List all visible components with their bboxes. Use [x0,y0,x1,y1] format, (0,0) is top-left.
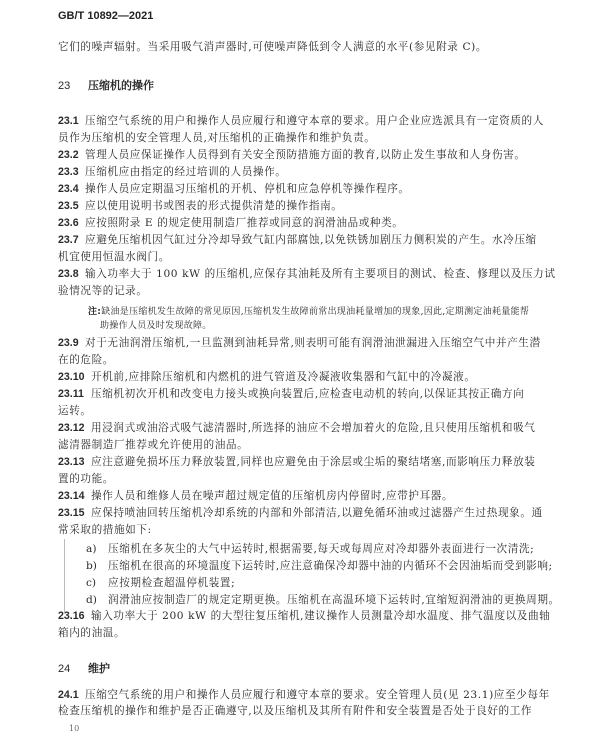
item-text: 压缩机在很高的环境温度下运转时,应注意确保冷却器中油的内循环不会因油垢而受到影响… [108,560,553,572]
clause-23-16: 23.16输入功率大于 200 kW 的大型往复压缩机,建议操作人员测量冷却水温… [58,609,550,623]
clause-text: 管理人员应保证操作人员得到有关安全预防措施方面的教育,以防止发生事故和人身伤害。 [85,149,526,161]
clause-23-15: 23.15应保持喷油回转压缩机冷却系统的内部和外部清洁,以避免循环油或过滤器产生… [58,506,543,520]
item-text: 压缩机在多灰尘的大气中运转时,根据需要,每天或每周应对冷却器外表面进行一次清洗; [108,543,534,555]
clause-number: 23.6 [58,216,85,230]
item-text: 应按期检查超温停机装置; [108,577,235,589]
clause-23-1: 23.1压缩空气系统的用户和操作人员应履行和遵守本章的要求。用户企业应选派具有一… [58,114,544,128]
clause-text: 压缩空气系统的用户和操作人员应履行和遵守本章的要求。用户企业应选派具有一定资质的… [85,115,544,127]
clause-23-3: 23.3压缩机应由指定的经过培训的人员操作。 [58,165,287,179]
clause-24-1-cont: 检查压缩机的操作和维护是否正确遵守,以及压缩机及其所有附件和安全装置是否处于良好… [58,704,532,718]
clause-text: 开机前,应排除压缩机和内燃机的进气管道及冷凝液收集器和气缸中的冷凝液。 [91,371,476,383]
clause-23-6: 23.6应按照附录 E 的规定使用制造厂推荐或同意的润滑油品或种类。 [58,216,404,230]
list-item-b: b)压缩机在很高的环境温度下运转时,应注意确保冷却器中油的内循环不会因油垢而受到… [86,558,553,573]
clause-23-8-cont: 验情况等的记录。 [58,284,148,298]
clause-number: 23.11 [58,387,91,401]
clause-text: 输入功率大于 100 kW 的压缩机,应保存其油耗及所有主要项目的测试、检查、修… [85,268,556,280]
note-cont: 助操作人员及时发现故障。 [100,318,212,331]
clause-number: 23.5 [58,199,85,213]
item-label: c) [86,577,108,589]
section-title: 维护 [88,662,110,675]
note: 注:缺油是压缩机发生故障的常见原因,压缩机发生故障前常出现油耗量增加的现象,因此… [88,304,529,317]
clause-text: 应避免压缩机因气缸过分冷却导致气缸内部腐蚀,以免铁锈加剧压力侧积炭的产生。水冷压… [85,234,537,246]
item-label: a) [86,543,108,555]
clause-23-13: 23.13应注意避免损坏压力释放装置,同样也应避免由于涂层或尘垢的聚结堵塞,而影… [58,455,536,469]
clause-23-14: 23.14操作人员和维修人员在噪声超过规定值的压缩机房内停留时,应带护耳器。 [58,489,453,503]
clause-text: 应保持喷油回转压缩机冷却系统的内部和外部清洁,以避免循环油或过滤器产生过热现象。… [91,507,543,519]
clause-text: 对于无油润滑压缩机,一旦监测到油耗异常,则表明可能有润滑油泄漏进入压缩空气中并产… [85,337,541,349]
section-number: 24 [58,663,88,675]
clause-number: 23.14 [58,489,91,503]
clause-23-7-cont: 机宜使用恒温水阀门。 [58,250,170,264]
clause-text: 应按照附录 E 的规定使用制造厂推荐或同意的润滑油品或种类。 [85,217,404,229]
list-item-a: a)压缩机在多灰尘的大气中运转时,根据需要,每天或每周应对冷却器外表面进行一次清… [86,541,534,556]
clause-23-12: 23.12用浸润式或油浴式吸气滤清器时,所选择的油应不会增加着火的危险,且只使用… [58,421,536,435]
clause-23-13-cont: 置的功能。 [58,472,114,486]
clause-23-10: 23.10开机前,应排除压缩机和内燃机的进气管道及冷凝液收集器和气缸中的冷凝液。 [58,370,476,384]
clause-text: 用浸润式或油浴式吸气滤清器时,所选择的油应不会增加着火的危险,且只使用压缩机和吸… [91,422,536,434]
clause-23-15-cont: 常采取的措施如下: [58,523,152,537]
section-24-heading: 24维护 [58,660,110,676]
clause-number: 23.4 [58,182,85,196]
standard-number-header: GB/T 10892—2021 [58,10,153,22]
clause-number: 23.7 [58,233,85,247]
revision-margin-bar [64,539,65,612]
clause-number: 23.16 [58,609,91,623]
clause-text: 压缩机应由指定的经过培训的人员操作。 [85,166,287,178]
clause-number: 23.9 [58,336,85,350]
clause-23-11: 23.11压缩机初次开机和改变电力接头或换向装置后,应检查电动机的转向,以保证其… [58,387,524,401]
note-text: 缺油是压缩机发生故障的常见原因,压缩机发生故障前常出现油耗量增加的现象,因此,定… [101,307,529,317]
item-label: b) [86,560,108,572]
clause-number: 23.8 [58,267,85,281]
clause-23-9: 23.9对于无油润滑压缩机,一旦监测到油耗异常,则表明可能有润滑油泄漏进入压缩空… [58,336,541,350]
clause-23-5: 23.5应以使用说明书或图表的形式提供清楚的操作指南。 [58,199,342,213]
clause-23-8: 23.8输入功率大于 100 kW 的压缩机,应保存其油耗及所有主要项目的测试、… [58,267,556,281]
clause-number: 24.1 [58,688,85,702]
clause-text: 输入功率大于 200 kW 的大型往复压缩机,建议操作人员测量冷却水温度、排气温… [91,610,550,622]
section-number: 23 [58,80,88,92]
clause-23-11-cont: 运转。 [58,404,92,418]
list-item-c: c)应按期检查超温停机装置; [86,575,235,590]
item-text: 润滑油应按制造厂的规定定期更换。压缩机在高温环境下运转时,宜缩短润滑油的更换周期… [108,594,560,606]
clause-23-4: 23.4操作人员应定期温习压缩机的开机、停机和应急停机等操作程序。 [58,182,410,196]
page-number: 10 [69,724,79,733]
clause-23-12-cont: 滤清器制造厂推荐或允许使用的油品。 [58,438,248,452]
intro-text: 它们的噪声辐射。当采用吸气消声器时,可使噪声降低到令人满意的水平(参见附录 C)… [58,40,487,54]
clause-number: 23.13 [58,455,91,469]
clause-23-2: 23.2管理人员应保证操作人员得到有关安全预防措施方面的教育,以防止发生事故和人… [58,148,526,162]
clause-number: 23.15 [58,506,91,520]
section-title: 压缩机的操作 [88,79,154,92]
clause-23-7: 23.7应避免压缩机因气缸过分冷却导致气缸内部腐蚀,以免铁锈加剧压力侧积炭的产生… [58,233,537,247]
clause-text: 应注意避免损坏压力释放装置,同样也应避免由于涂层或尘垢的聚结堵塞,而影响压力释放… [91,456,536,468]
clause-23-9-cont: 在的危险。 [58,353,114,367]
clause-text: 操作人员应定期温习压缩机的开机、停机和应急停机等操作程序。 [85,183,410,195]
clause-23-1-cont: 员作为压缩机的安全管理人员,对压缩机的正确操作和维护负责。 [58,131,375,145]
clause-number: 23.2 [58,148,85,162]
clause-text: 应以使用说明书或图表的形式提供清楚的操作指南。 [85,200,342,212]
item-label: d) [86,594,108,606]
clause-number: 23.3 [58,165,85,179]
clause-text: 压缩机初次开机和改变电力接头或换向装置后,应检查电动机的转向,以保证其按正确方向 [91,388,524,400]
list-item-d: d)润滑油应按制造厂的规定定期更换。压缩机在高温环境下运转时,宜缩短润滑油的更换… [86,592,560,607]
clause-24-1: 24.1压缩空气系统的用户和操作人员应履行和遵守本章的要求。安全管理人员(见 2… [58,688,550,702]
clause-number: 23.12 [58,421,91,435]
clause-text: 操作人员和维修人员在噪声超过规定值的压缩机房内停留时,应带护耳器。 [91,490,453,502]
clause-23-16-cont: 箱内的油温。 [58,626,125,640]
section-23-heading: 23压缩机的操作 [58,77,154,93]
clause-text: 压缩空气系统的用户和操作人员应履行和遵守本章的要求。安全管理人员(见 23.1)… [85,689,550,701]
note-label: 注: [88,307,101,317]
clause-number: 23.1 [58,114,85,128]
document-page: GB/T 10892—2021 它们的噪声辐射。当采用吸气消声器时,可使噪声降低… [0,0,600,737]
clause-number: 23.10 [58,370,91,384]
